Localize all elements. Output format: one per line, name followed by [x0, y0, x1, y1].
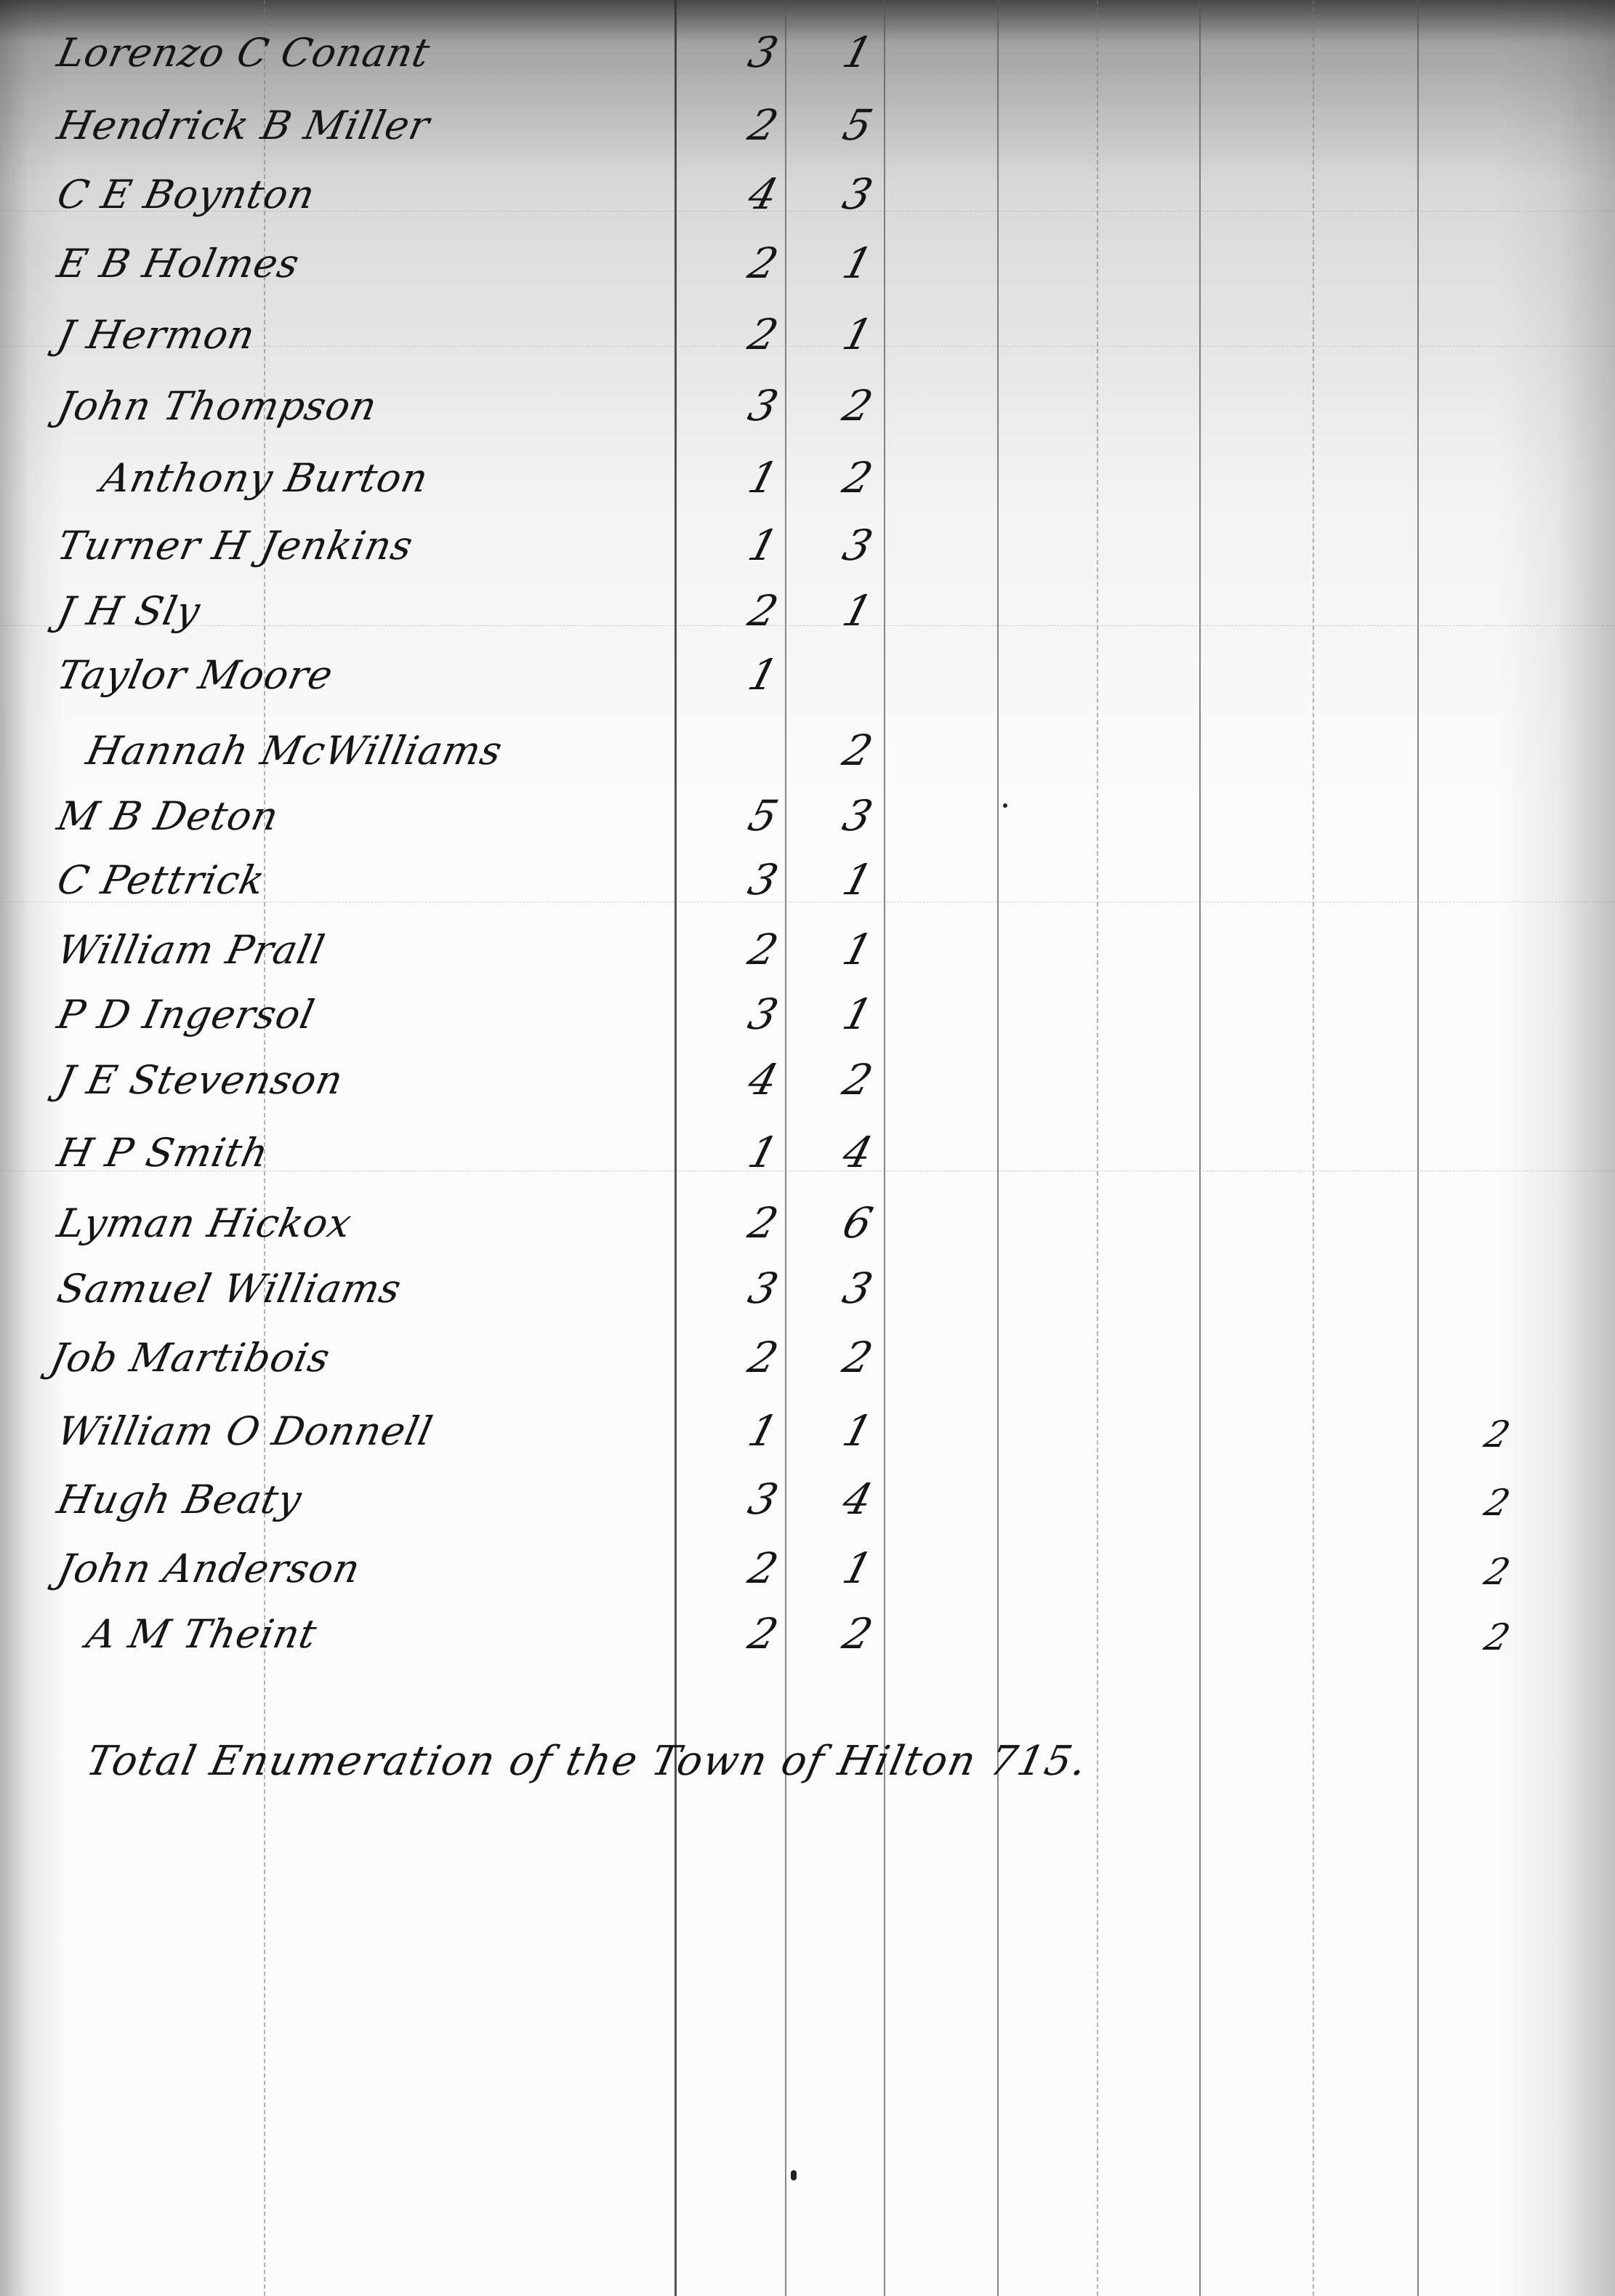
entry-name: William O Donnell	[53, 1408, 437, 1454]
entry-col1: 1	[728, 1406, 799, 1456]
entry-col2: 1	[822, 990, 893, 1039]
entry-col1: 3	[728, 1264, 799, 1313]
entry-col1: 2	[728, 1333, 799, 1382]
entry-col2: 2	[822, 453, 893, 502]
entry-col2: 5	[822, 100, 893, 150]
entry-right-col: 2	[1462, 1551, 1532, 1593]
entry-col1: 2	[728, 238, 799, 288]
entry-name: Job Martibois	[46, 1335, 334, 1381]
entry-row: H P Smith 1 4	[0, 1115, 1615, 1180]
entry-col1: 1	[728, 1128, 799, 1177]
entry-col2: 3	[822, 1264, 893, 1313]
entry-col1: 3	[728, 381, 799, 430]
entry-col1: 3	[728, 855, 799, 904]
entry-row: Taylor Moore 1	[0, 637, 1615, 702]
entry-col2: 3	[822, 791, 893, 840]
entry-col1: 2	[728, 310, 799, 359]
entry-name: C E Boynton	[53, 172, 319, 217]
entry-name: J H Sly	[53, 588, 204, 634]
entry-name: Anthony Burton	[97, 455, 432, 501]
entry-col1: 3	[728, 990, 799, 1039]
entry-row: Hendrick B Miller 2 5	[0, 87, 1615, 153]
entry-col2: 2	[822, 1609, 893, 1658]
entry-row: Turner H Jenkins 1 3	[0, 507, 1615, 573]
entry-col1: 2	[728, 100, 799, 150]
entry-row: J H Sly 2 1	[0, 573, 1615, 638]
entry-row: William Prall 2 1	[0, 912, 1615, 977]
entry-name: J E Stevenson	[53, 1057, 347, 1103]
entry-row: Hugh Beaty 3 4 2	[0, 1461, 1615, 1527]
entry-col1: 1	[728, 650, 799, 699]
entry-col2: 1	[822, 1544, 893, 1593]
entry-row: M B Deton 5 3	[0, 778, 1615, 843]
entry-row: E B Holmes 2 1	[0, 225, 1615, 291]
entry-col1: 2	[728, 1198, 799, 1248]
entry-name: A M Theint	[82, 1611, 321, 1657]
entry-row: Samuel Williams 3 3	[0, 1251, 1615, 1316]
ink-speck	[1003, 803, 1007, 808]
entry-row: Job Martibois 2 2	[0, 1320, 1615, 1385]
entry-row: C Pettrick 3 1	[0, 842, 1615, 907]
entry-col1: 5	[728, 791, 799, 840]
entry-col1: 2	[728, 1609, 799, 1658]
entry-row: John Anderson 2 1 2	[0, 1530, 1615, 1596]
entry-col1: 1	[728, 453, 799, 502]
entry-col2: 1	[822, 586, 893, 635]
entry-row: J E Stevenson 4 2	[0, 1042, 1615, 1107]
entry-name: Lyman Hickox	[53, 1200, 355, 1246]
entry-name: J Hermon	[53, 312, 259, 358]
entry-col2: 3	[822, 169, 893, 219]
entry-col1: 3	[728, 1474, 799, 1524]
entry-col2: 2	[822, 381, 893, 430]
entry-name: John Thompson	[53, 383, 381, 429]
entry-col1: 2	[728, 1544, 799, 1593]
entry-name: Hannah McWilliams	[82, 728, 507, 774]
entry-right-col: 2	[1462, 1413, 1532, 1456]
entry-col1: 2	[728, 925, 799, 974]
entry-name: H P Smith	[53, 1130, 273, 1176]
entry-col1: 2	[728, 586, 799, 635]
entry-name: Hendrick B Miller	[53, 103, 434, 148]
entry-name: Hugh Beaty	[53, 1477, 306, 1522]
entry-row: Hannah McWilliams 2	[0, 713, 1615, 778]
entry-name: Taylor Moore	[53, 652, 337, 698]
entry-row: A M Theint 2 2 2	[0, 1596, 1615, 1661]
entry-col1: 4	[728, 1055, 799, 1104]
entry-col2: 1	[822, 855, 893, 904]
entry-row: Lyman Hickox 2 6	[0, 1185, 1615, 1251]
entry-col2: 6	[822, 1198, 893, 1248]
entry-col1: 3	[728, 28, 799, 77]
entry-col2: 2	[822, 1333, 893, 1382]
entry-row: P D Ingersol 3 1	[0, 976, 1615, 1042]
entry-row: Lorenzo C Conant 3 1	[0, 15, 1615, 80]
entry-col2: 1	[822, 238, 893, 288]
entry-row: John Thompson 3 2	[0, 368, 1615, 433]
entry-col2: 2	[822, 1055, 893, 1104]
entry-row: C E Boynton 4 3	[0, 156, 1615, 222]
entry-col2: 4	[822, 1474, 893, 1524]
ledger-page: Lorenzo C Conant 3 1 Hendrick B Miller 2…	[0, 0, 1615, 2296]
entry-name: Samuel Williams	[53, 1266, 406, 1312]
entry-name: William Prall	[53, 927, 329, 973]
entry-col2: 1	[822, 1406, 893, 1456]
entry-name: P D Ingersol	[53, 992, 318, 1037]
entry-row: J Hermon 2 1	[0, 297, 1615, 362]
entry-name: Turner H Jenkins	[53, 523, 417, 569]
ink-speck	[791, 2170, 797, 2180]
total-enumeration-line: Total Enumeration of the Town of Hilton …	[82, 1738, 1092, 1785]
entry-col2: 1	[822, 925, 893, 974]
entry-col2: 1	[822, 310, 893, 359]
entry-name: John Anderson	[53, 1546, 364, 1591]
entry-col2: 3	[822, 521, 893, 570]
entry-col1: 4	[728, 169, 799, 219]
entry-right-col: 2	[1462, 1482, 1532, 1524]
entry-col2: 1	[822, 28, 893, 77]
entry-name: M B Deton	[53, 793, 283, 839]
entry-name: E B Holmes	[53, 241, 304, 286]
entry-right-col: 2	[1462, 1616, 1532, 1658]
entry-row: William O Donnell 1 1 2	[0, 1393, 1615, 1458]
entry-col2: 4	[822, 1128, 893, 1177]
entry-col2: 2	[822, 726, 893, 775]
entry-name: C Pettrick	[53, 857, 269, 903]
entry-col1: 1	[728, 521, 799, 570]
entry-name: Lorenzo C Conant	[53, 30, 434, 76]
entry-row: Anthony Burton 1 2	[0, 440, 1615, 505]
